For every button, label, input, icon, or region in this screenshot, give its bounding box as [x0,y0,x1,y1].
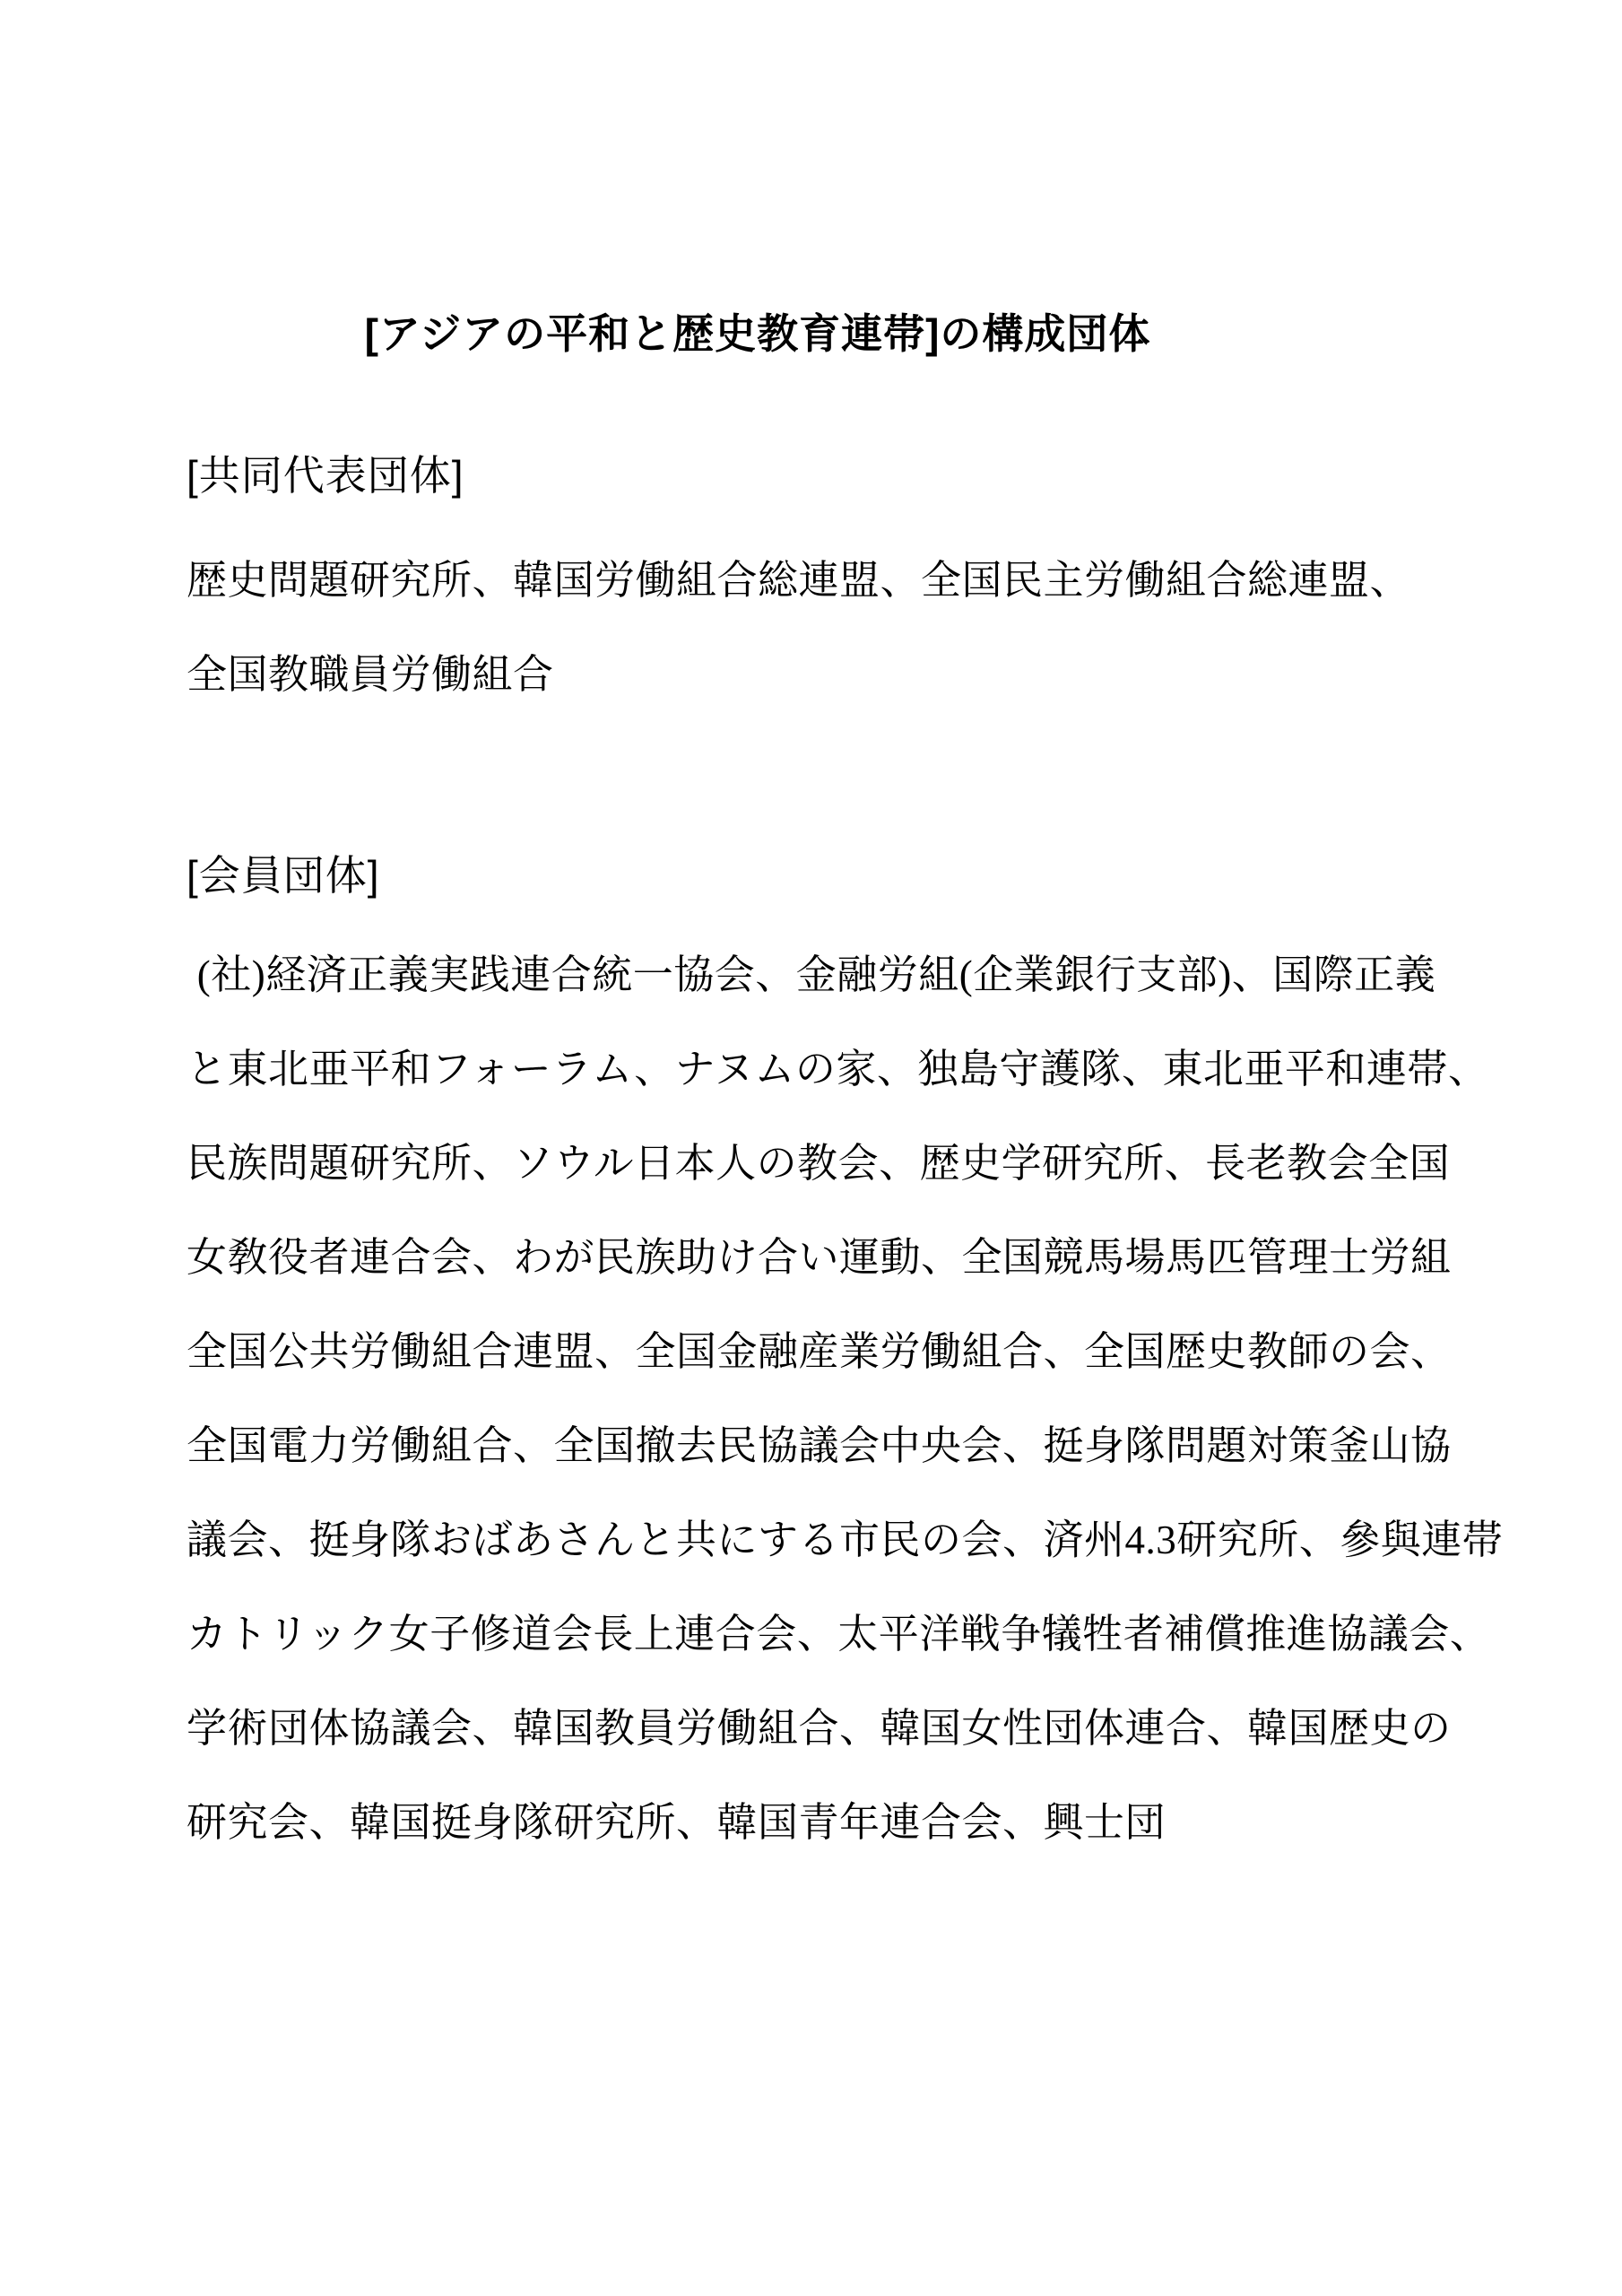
section-heading-co-representatives: [共同代表団体] [186,443,464,502]
document-page: [アジアの平和と歴史教育連帯]の構成団体 [共同代表団体] 歴史問題研究所、韓国… [0,0,1622,2296]
body-line: 全国電力労働組合、全国撤去民協議会中央会、挺身隊問題対策釜山協 [186,1413,1452,1471]
body-line: (社)経済正義実践連合統一協会、金融労組(企業銀行支部)、国際正義 [186,942,1436,1000]
section-heading-members: [会員団体] [186,843,380,902]
body-line: 研究会、韓国挺身隊研究所、韓国青年連合会、興士団 [186,1789,1166,1848]
document-title: [アジアの平和と歴史教育連帯]の構成団体 [67,301,1448,361]
body-line: 議会、挺身隊おばあさんと共にする市民の会、済州4.3研究所、參與連帯 [186,1507,1503,1565]
body-line: 全国教職員労働組合 [186,641,554,700]
body-line: カトリック女子修道会長上連合会、太平洋戦争犠牲者補償推進協議会、 [186,1601,1490,1659]
body-line: 全国公共労働組合連盟、全国金融産業労働組合、全国歴史教師の会、 [186,1318,1452,1377]
body-line: 女敎役者連合会、わが民族助け合い運動、全国競馬場馬匹管理士労組 [186,1224,1452,1283]
body-line: 学術団体協議会、韓国教員労働組合、韓国女性団体連合、韓国歴史の [186,1695,1452,1753]
body-line: 歴史問題研究所、韓国労働組合総連盟、全国民主労働組合総連盟、 [186,547,1410,605]
body-line: と東北亜平和フォーラム、ナヌムの家、独島守護隊、東北亜平和連帯、 [186,1036,1488,1094]
body-line: 民族問題研究所、ソウル日本人の教会、歴史学研究所、長老教会全国 [186,1130,1450,1188]
